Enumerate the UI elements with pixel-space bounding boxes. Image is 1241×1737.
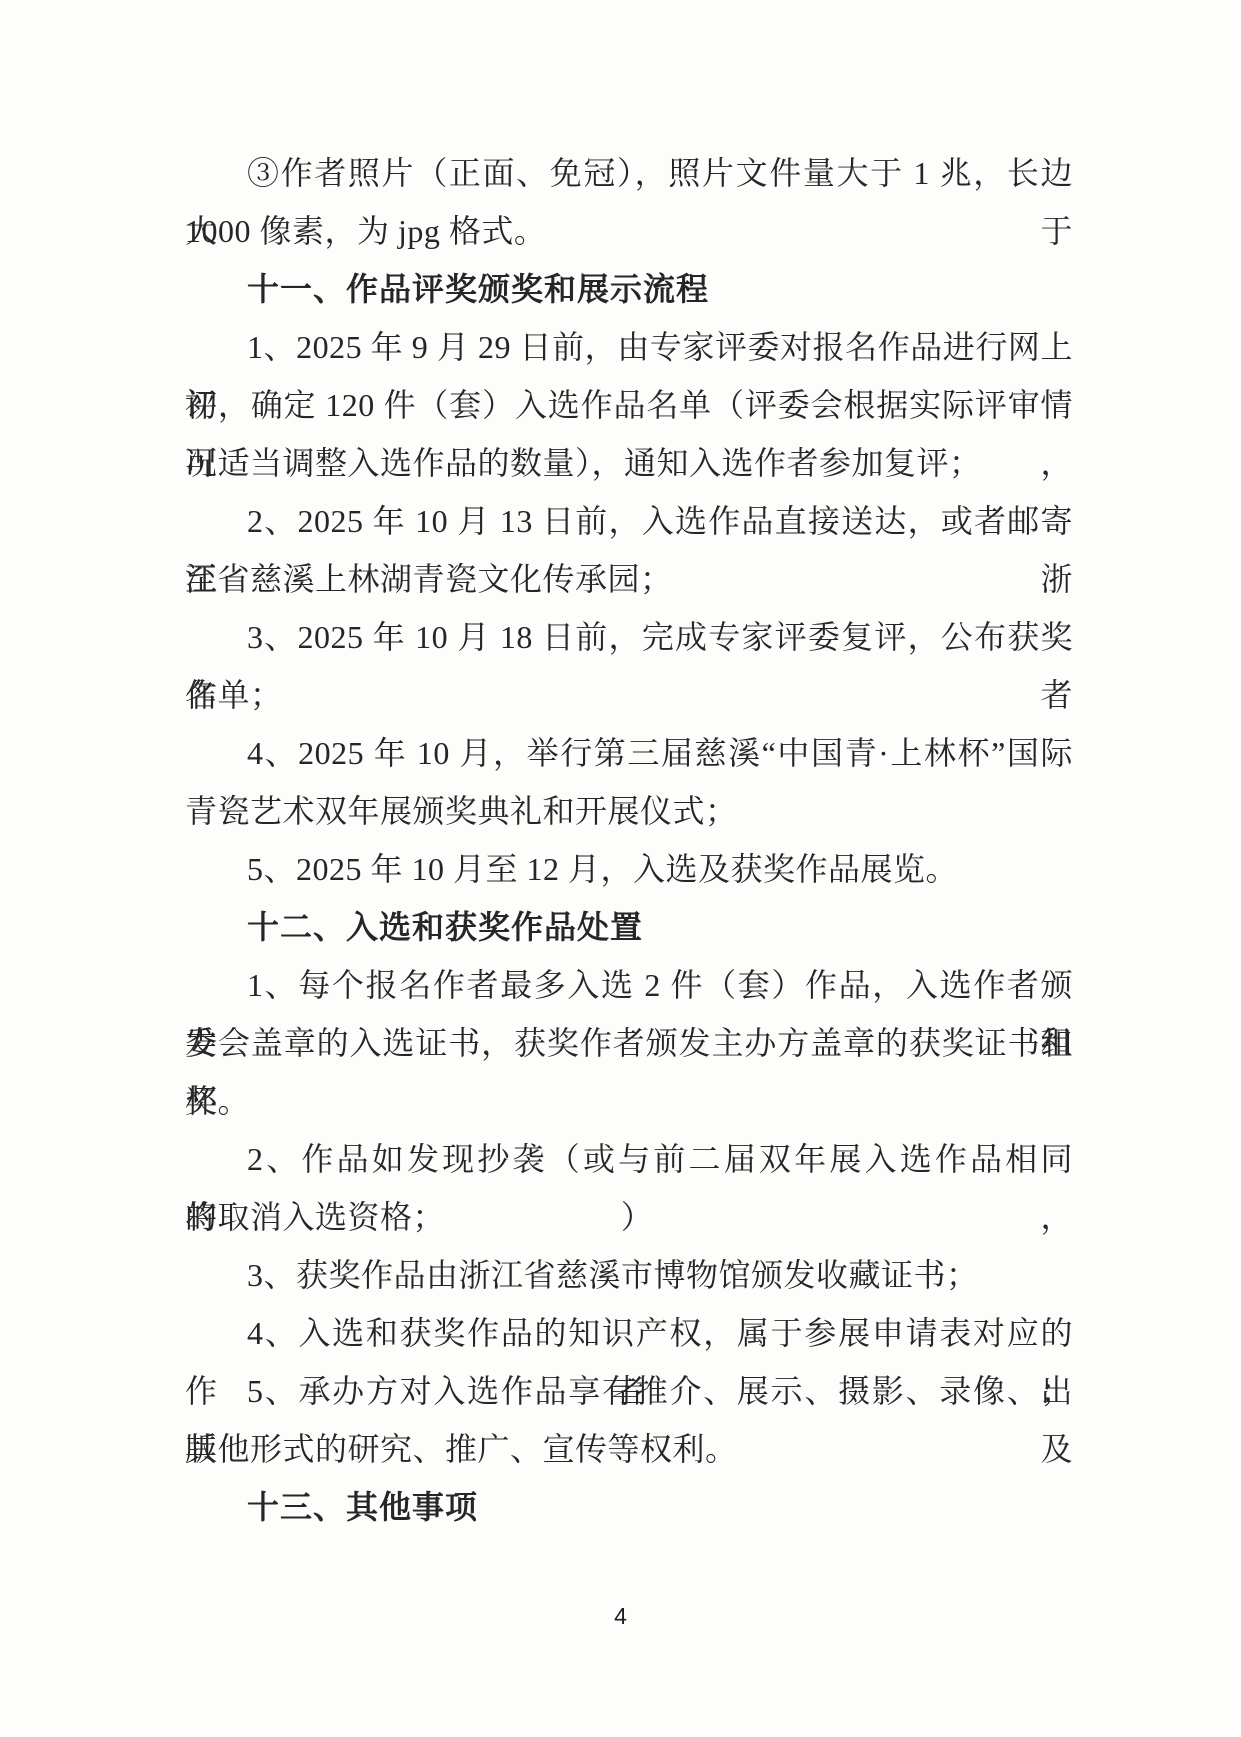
document-line: 杯。 bbox=[185, 1072, 1073, 1130]
document-page: ③作者照片（正面、免冠），照片文件量大于 1 兆，长边大于1000 像素，为 j… bbox=[0, 0, 1241, 1737]
section-heading: 十一、作品评奖颁奖和展示流程 bbox=[185, 260, 1073, 318]
document-line: 1、每个报名作者最多入选 2 件（套）作品，入选作者颁发组 bbox=[185, 956, 1073, 1014]
document-line: 4、2025 年 10 月，举行第三届慈溪“中国青·上林杯”国际 bbox=[185, 724, 1073, 782]
paragraph: 5、2025 年 10 月至 12 月，入选及获奖作品展览。 bbox=[185, 840, 1073, 898]
document-line: 可适当调整入选作品的数量），通知入选作者参加复评； bbox=[185, 434, 1073, 492]
document-line: 4、入选和获奖作品的知识产权，属于参展申请表对应的作者； bbox=[185, 1304, 1073, 1362]
document-line: 1、2025 年 9 月 29 日前，由专家评委对报名作品进行网上初 bbox=[185, 318, 1073, 376]
document-line: 5、2025 年 10 月至 12 月，入选及获奖作品展览。 bbox=[185, 840, 1073, 898]
paragraph: 3、2025 年 10 月 18 日前，完成专家评委复评，公布获奖作者名单； bbox=[185, 608, 1073, 724]
document-line: 评，确定 120 件（套）入选作品名单（评委会根据实际评审情况， bbox=[185, 376, 1073, 434]
document-content: ③作者照片（正面、免冠），照片文件量大于 1 兆，长边大于1000 像素，为 j… bbox=[185, 144, 1073, 1536]
document-line: 3、2025 年 10 月 18 日前，完成专家评委复评，公布获奖作者 bbox=[185, 608, 1073, 666]
paragraph: 2、作品如发现抄袭（或与前二届双年展入选作品相同的），将取消入选资格； bbox=[185, 1130, 1073, 1246]
document-line: 十一、作品评奖颁奖和展示流程 bbox=[185, 260, 1073, 318]
page-number: 4 bbox=[0, 1601, 1241, 1631]
document-line: ③作者照片（正面、免冠），照片文件量大于 1 兆，长边大于 bbox=[185, 144, 1073, 202]
document-line: 十三、其他事项 bbox=[185, 1478, 1073, 1536]
section-heading: 十三、其他事项 bbox=[185, 1478, 1073, 1536]
paragraph: ③作者照片（正面、免冠），照片文件量大于 1 兆，长边大于1000 像素，为 j… bbox=[185, 144, 1073, 260]
document-line: 5、承办方对入选作品享有推介、展示、摄影、录像、出版及 bbox=[185, 1362, 1073, 1420]
document-line: 2、作品如发现抄袭（或与前二届双年展入选作品相同的）， bbox=[185, 1130, 1073, 1188]
document-line: 2、2025 年 10 月 13 日前，入选作品直接送达，或者邮寄至浙 bbox=[185, 492, 1073, 550]
paragraph: 5、承办方对入选作品享有推介、展示、摄影、录像、出版及其他形式的研究、推广、宣传… bbox=[185, 1362, 1073, 1478]
document-line: 委会盖章的入选证书，获奖作者颁发主办方盖章的获奖证书和奖 bbox=[185, 1014, 1073, 1072]
paragraph: 3、获奖作品由浙江省慈溪市博物馆颁发收藏证书； bbox=[185, 1246, 1073, 1304]
paragraph: 1、2025 年 9 月 29 日前，由专家评委对报名作品进行网上初评，确定 1… bbox=[185, 318, 1073, 492]
paragraph: 1、每个报名作者最多入选 2 件（套）作品，入选作者颁发组委会盖章的入选证书，获… bbox=[185, 956, 1073, 1130]
document-line: 青瓷艺术双年展颁奖典礼和开展仪式； bbox=[185, 782, 1073, 840]
document-line: 十二、入选和获奖作品处置 bbox=[185, 898, 1073, 956]
document-line: 3、获奖作品由浙江省慈溪市博物馆颁发收藏证书； bbox=[185, 1246, 1073, 1304]
paragraph: 4、2025 年 10 月，举行第三届慈溪“中国青·上林杯”国际青瓷艺术双年展颁… bbox=[185, 724, 1073, 840]
section-heading: 十二、入选和获奖作品处置 bbox=[185, 898, 1073, 956]
paragraph: 2、2025 年 10 月 13 日前，入选作品直接送达，或者邮寄至浙江省慈溪上… bbox=[185, 492, 1073, 608]
paragraph: 4、入选和获奖作品的知识产权，属于参展申请表对应的作者； bbox=[185, 1304, 1073, 1362]
